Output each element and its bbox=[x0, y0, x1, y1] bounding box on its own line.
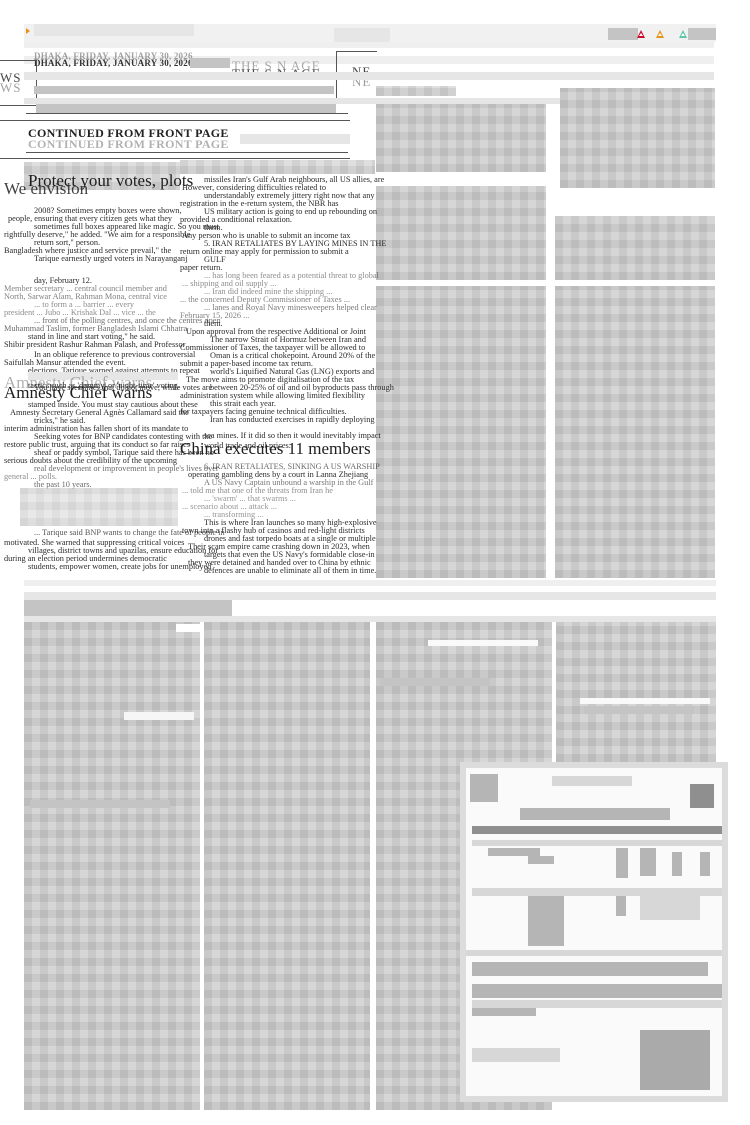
table-row bbox=[472, 840, 722, 846]
table-cell bbox=[640, 848, 656, 876]
left-article-ghost-headline: We envision bbox=[4, 180, 88, 198]
lower-subheading bbox=[380, 678, 490, 686]
table-header-row bbox=[472, 826, 722, 834]
toolbar-title-placeholder bbox=[34, 24, 194, 36]
lower-section-heading bbox=[24, 600, 232, 616]
masthead-rule-2 bbox=[26, 113, 348, 114]
table-logo-right bbox=[690, 784, 714, 808]
masthead-rule bbox=[0, 120, 350, 121]
alert-triangle-red-icon[interactable] bbox=[637, 30, 645, 38]
lower-column-2 bbox=[204, 622, 370, 1110]
right-column-2c-pixel-block bbox=[555, 286, 715, 578]
table-title bbox=[552, 776, 632, 786]
section-label-ghost: CONTINUED FROM FRONT PAGE bbox=[28, 137, 229, 152]
table-footnote-4 bbox=[472, 1008, 536, 1016]
table-caption bbox=[472, 1048, 560, 1062]
lower-band-1 bbox=[24, 580, 716, 586]
alert-triangle-teal-icon[interactable] bbox=[679, 30, 687, 38]
amnesty-blurred-lines bbox=[20, 488, 178, 526]
masthead-band-2 bbox=[24, 72, 714, 80]
table-footnote-2 bbox=[472, 984, 722, 998]
table-cell bbox=[488, 848, 540, 856]
lower-band-2 bbox=[24, 592, 716, 600]
qr-code[interactable] bbox=[640, 1030, 710, 1090]
masthead-gray-strip bbox=[190, 58, 230, 68]
lower-gap bbox=[176, 624, 204, 632]
table-cell bbox=[672, 852, 682, 876]
table-cell bbox=[640, 896, 700, 920]
right-column-1b-pixel-block bbox=[376, 186, 546, 280]
section-rule-2 bbox=[0, 158, 350, 159]
right-column-2b-pixel-block bbox=[555, 216, 715, 280]
table-cell bbox=[616, 848, 628, 878]
lower-gap bbox=[124, 712, 194, 720]
toolbar-underline-band bbox=[24, 42, 714, 48]
lower-gap bbox=[428, 640, 538, 646]
lower-gap bbox=[580, 698, 710, 704]
left-edge-fragment-ghost: WS bbox=[0, 80, 22, 96]
table-cell bbox=[528, 856, 554, 864]
section-band bbox=[240, 134, 350, 144]
right-column-2-pixel-block bbox=[560, 88, 715, 188]
table-cell bbox=[700, 852, 710, 876]
toolbar-arrow-icon[interactable] bbox=[26, 28, 30, 34]
lower-column-1 bbox=[24, 622, 200, 1110]
table-row bbox=[472, 888, 722, 896]
right-column-1-pixel-block bbox=[376, 104, 546, 172]
table-footnote-3 bbox=[472, 1000, 722, 1008]
table-logo-left bbox=[470, 774, 498, 802]
toolbar-right-placeholder bbox=[608, 28, 638, 40]
lower-subheading-2 bbox=[584, 706, 694, 714]
table-divider bbox=[466, 950, 722, 956]
middle-column-pixel-bg bbox=[180, 160, 375, 174]
masthead-band-3 bbox=[34, 86, 334, 94]
china-headline: China executes 11 members bbox=[180, 440, 371, 458]
right-column-1c-pixel-block bbox=[376, 286, 546, 578]
table-cell bbox=[528, 896, 564, 946]
right-header-pixel-block bbox=[376, 86, 456, 96]
table-subtitle bbox=[520, 808, 670, 820]
lower-column-4 bbox=[556, 622, 716, 762]
alert-triangle-orange-icon[interactable] bbox=[656, 30, 664, 38]
table-footnote-1 bbox=[472, 962, 708, 976]
table-cell bbox=[616, 896, 626, 916]
lower-subheading-3 bbox=[30, 800, 170, 808]
section-rule bbox=[26, 152, 348, 153]
dateline-overlay: DHAKA, FRIDAY, JANUARY 30, 2026 bbox=[34, 58, 193, 68]
toolbar-right-placeholder-2 bbox=[688, 28, 716, 40]
